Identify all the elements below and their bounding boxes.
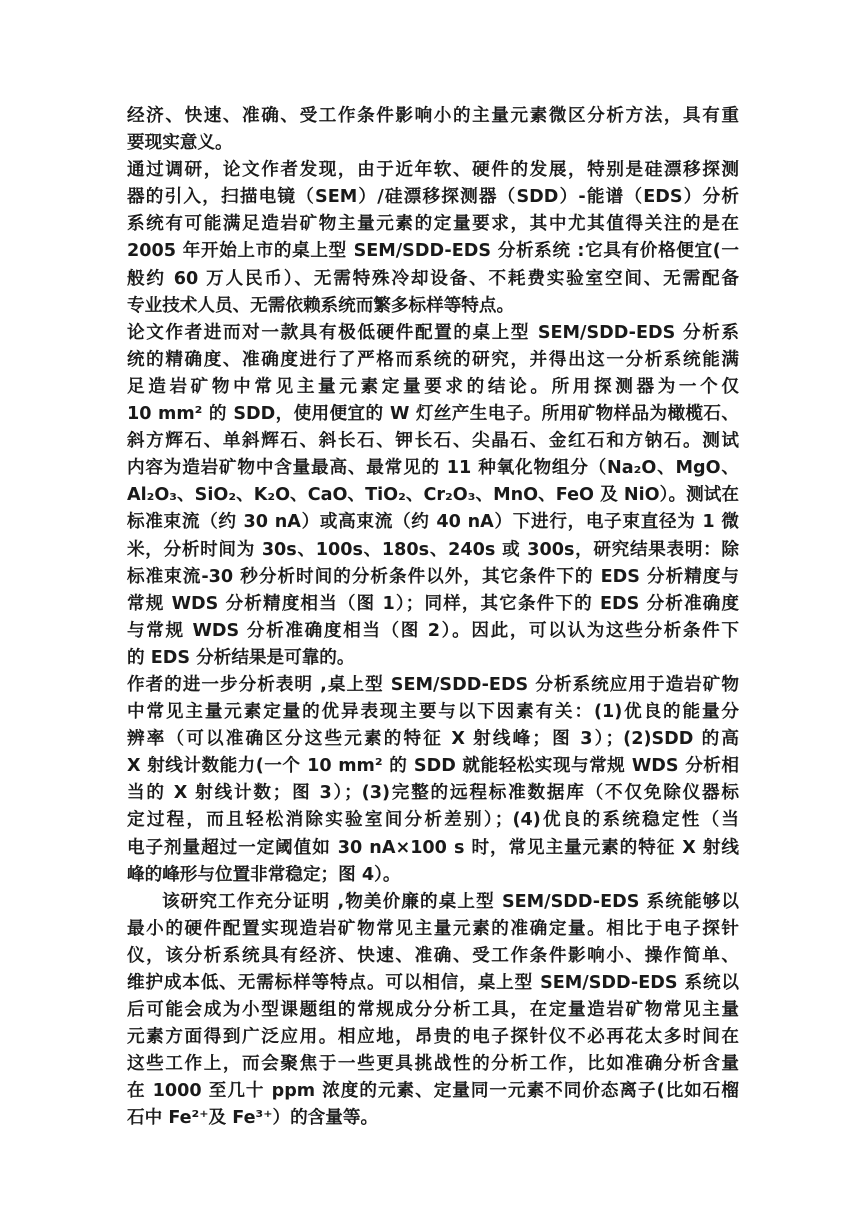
- text-line: 足造岩矿物中常见主量元素定量要求的结论。所用探测器为一个仅: [127, 374, 739, 401]
- text-line: 峰的峰形与位置非常稳定；图 4）。: [127, 862, 739, 889]
- text-line: 斜方辉石、单斜辉石、斜长石、钾长石、尖晶石、金红石和方钠石。测试: [127, 428, 739, 455]
- text-line: 般约 60 万人民币）、无需特殊冷却设备、不耗费实验室空间、无需配备: [127, 266, 739, 293]
- text-line: 器的引入，扫描电镜（SEM）/硅漂移探测器（SDD）-能谱（EDS）分析: [127, 184, 739, 211]
- text-line: 后可能会成为小型课题组的常规成分分析工具，在定量造岩矿物常见主量: [127, 997, 739, 1024]
- text-line: 定过程，而且轻松消除实验室间分析差别）；(4)优良的系统稳定性（当: [127, 807, 739, 834]
- document-body: 经济、快速、准确、受工作条件影响小的主量元素微区分析方法，具有重 要现实意义。 …: [127, 103, 739, 1133]
- text-line: 电子剂量超过一定阈值如 30 nA×100 s 时，常见主量元素的特征 X 射线: [127, 835, 739, 862]
- text-line: 10 mm² 的 SDD，使用便宜的 W 灯丝产生电子。所用矿物样品为橄榄石、: [127, 401, 739, 428]
- text-line: 要现实意义。: [127, 130, 739, 157]
- text-line: 标准束流-30 秒分析时间的分析条件以外，其它条件下的 EDS 分析精度与: [127, 564, 739, 591]
- text-line: 专业技术人员、无需依赖系统而繁多标样等特点。: [127, 293, 739, 320]
- text-line: 论文作者进而对一款具有极低硬件配置的桌上型 SEM/SDD-EDS 分析系: [127, 320, 739, 347]
- text-line: 石中 Fe²⁺及 Fe³⁺）的含量等。: [127, 1105, 739, 1132]
- text-line: 维护成本低、无需标样等特点。可以相信，桌上型 SEM/SDD-EDS 系统以: [127, 970, 739, 997]
- text-line: 的 EDS 分析结果是可靠的。: [127, 645, 739, 672]
- text-line: 统的精确度、准确度进行了严格而系统的研究，并得出这一分析系统能满: [127, 347, 739, 374]
- text-line: 仪，该分析系统具有经济、快速、准确、受工作条件影响小、操作简单、: [127, 943, 739, 970]
- text-line: 作者的进一步分析表明 ,桌上型 SEM/SDD-EDS 分析系统应用于造岩矿物: [127, 672, 739, 699]
- text-line: 这些工作上，而会聚焦于一些更具挑战性的分析工作，比如准确分析含量: [127, 1051, 739, 1078]
- text-line: Al₂O₃、SiO₂、K₂O、CaO、TiO₂、Cr₂O₃、MnO、FeO 及 …: [127, 482, 739, 509]
- text-line: 标准束流（约 30 nA）或高束流（约 40 nA）下进行，电子束直径为 1 微: [127, 509, 739, 536]
- text-line: 与常规 WDS 分析准确度相当（图 2）。因此，可以认为这些分析条件下: [127, 618, 739, 645]
- text-line: X 射线计数能力(一个 10 mm² 的 SDD 就能轻松实现与常规 WDS 分…: [127, 753, 739, 780]
- text-line: 通过调研，论文作者发现，由于近年软、硬件的发展，特别是硅漂移探测: [127, 157, 739, 184]
- text-line: 内容为造岩矿物中含量最高、最常见的 11 种氧化物组分（Na₂O、MgO、: [127, 455, 739, 482]
- text-line: 在 1000 至几十 ppm 浓度的元素、定量同一元素不同价态离子(比如石榴: [127, 1078, 739, 1105]
- text-line: 辨率（可以准确区分这些元素的特征 X 射线峰；图 3）；(2)SDD 的高: [127, 726, 739, 753]
- text-line: 最小的硬件配置实现造岩矿物常见主量元素的准确定量。相比于电子探针: [127, 916, 739, 943]
- text-line: 系统有可能满足造岩矿物主量元素的定量要求，其中尤其值得关注的是在: [127, 211, 739, 238]
- text-line: 该研究工作充分证明 ,物美价廉的桌上型 SEM/SDD-EDS 系统能够以: [127, 889, 739, 916]
- text-line: 2005 年开始上市的桌上型 SEM/SDD-EDS 分析系统 :它具有价格便宜…: [127, 238, 739, 265]
- text-line: 元素方面得到广泛应用。相应地，昂贵的电子探针仪不必再花太多时间在: [127, 1024, 739, 1051]
- text-line: 米，分析时间为 30s、100s、180s、240s 或 300s，研究结果表明…: [127, 537, 739, 564]
- text-line: 常规 WDS 分析精度相当（图 1）；同样，其它条件下的 EDS 分析准确度: [127, 591, 739, 618]
- text-line: 经济、快速、准确、受工作条件影响小的主量元素微区分析方法，具有重: [127, 103, 739, 130]
- text-line: 中常见主量元素定量的优异表现主要与以下因素有关：(1)优良的能量分: [127, 699, 739, 726]
- text-line: 当的 X 射线计数；图 3）；(3)完整的远程标准数据库（不仅免除仪器标: [127, 780, 739, 807]
